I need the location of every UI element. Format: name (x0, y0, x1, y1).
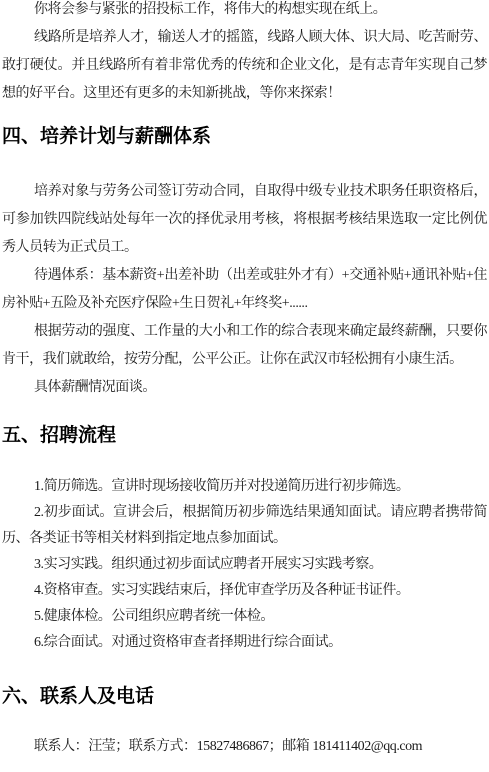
recruitment-document-page: 你将会参与紧张的招投标工作，将伟大的构想实现在纸上。 线路所是培养人才，输送人才… (0, 0, 489, 761)
paragraph-labor-contract: 培养对象与劳务公司签订劳动合同，自取得中级专业技术职务任职资格后，可参加铁四院线… (2, 178, 487, 262)
intro-paragraph-bidding: 你将会参与紧张的招投标工作，将伟大的构想实现在纸上。 (2, 0, 487, 24)
section-heading-training-and-salary: 四、培养计划与薪酬体系 (2, 124, 487, 150)
step-resume-screening: 1.简历筛选。宣讲时现场接收简历并对投递简历进行初步筛选。 (2, 474, 487, 500)
paragraph-salary-principle: 根据劳动的强度、工作量的大小和工作的综合表现来确定最终薪酬，只要你肯干，我们就敢… (2, 318, 487, 374)
intro-paragraph-line-department: 线路所是培养人才，输送人才的摇篮，线路人顾大体、识大局、吃苦耐劳、敢打硬仗。并且… (2, 24, 487, 108)
contact-info-line: 联系人：汪莹；联系方式：15827486867；邮箱 181411402@qq.… (2, 733, 487, 761)
step-health-check: 5.健康体检。公司组织应聘者统一体检。 (2, 604, 487, 630)
step-comprehensive-interview: 6.综合面试。对通过资格审查者择期进行综合面试。 (2, 630, 487, 656)
step-internship-practice: 3.实习实践。组织通过初步面试应聘者开展实习实践考察。 (2, 552, 487, 578)
step-qualification-review: 4.资格审查。实习实践结束后，择优审查学历及各种证书证件。 (2, 578, 487, 604)
paragraph-benefit-system: 待遇体系：基本薪资+出差补助（出差或驻外才有）+交通补贴+通讯补贴+住房补贴+五… (2, 262, 487, 318)
section-heading-recruitment-process: 五、招聘流程 (2, 423, 487, 449)
section-heading-contact: 六、联系人及电话 (2, 684, 487, 710)
paragraph-salary-negotiable: 具体薪酬情况面谈。 (2, 374, 487, 402)
step-initial-interview: 2.初步面试。宣讲会后，根据简历初步筛选结果通知面试。请应聘者携带简历、各类证书… (2, 500, 487, 552)
recruitment-steps-list: 1.简历筛选。宣讲时现场接收简历并对投递简历进行初步筛选。 2.初步面试。宣讲会… (2, 474, 487, 656)
